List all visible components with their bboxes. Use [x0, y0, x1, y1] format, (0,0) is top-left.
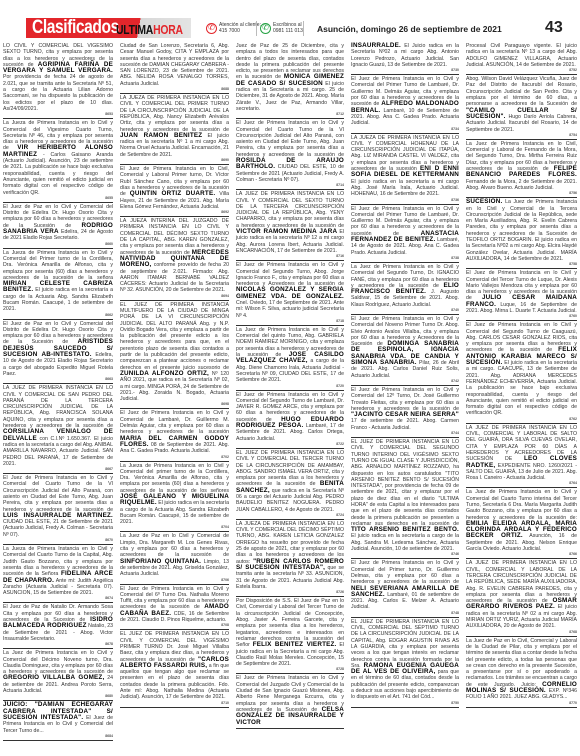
- legal-notice: La Juez de Paz en lo Civil y Comercial d…: [120, 532, 229, 584]
- notice-text: a fin que aquellos que tengan algo que r…: [120, 663, 229, 700]
- notice-text: El juicio radica en la secretaría a carg…: [351, 533, 459, 552]
- notice-text: LA JUEZ DE PRIMERA INSTANCIA EN LO CIVIL…: [3, 385, 113, 429]
- legal-notice: Juez de Paz de 25 de Diciembre, cita y e…: [236, 42, 344, 119]
- whatsapp-icon: ✆: [260, 23, 271, 34]
- notice-code: 8760: [466, 314, 577, 318]
- legal-notice: EL JUEZ DE PRIMERA INSTANCIA EN LO CIVIL…: [351, 618, 459, 708]
- notice-code: 8764: [466, 481, 577, 485]
- legal-notice: LA JUEZA DE PRIMERA INSTANCIA EN LO CIVI…: [351, 134, 459, 205]
- notice-text: La Juez de Primera Instancia en lo Civil…: [3, 650, 113, 675]
- newspaper-logo: ULTIMAHORA: [116, 22, 183, 37]
- legal-notice: La Juez de Primera Instancia en lo Civil…: [3, 649, 113, 701]
- legal-notice: El Juez de Primera Instancia en lo Civil…: [120, 585, 229, 631]
- contact-phone: ✆ Atención al cliente:415 7000: [206, 20, 261, 36]
- notice-code: 8728: [236, 667, 344, 671]
- notice-code: 8690: [120, 158, 229, 162]
- notice-text: La Jueza de Primera Instancia en lo Civi…: [3, 250, 113, 281]
- notice-text: Cnel. Oviedo, 17 de Septiembre de 2021. …: [236, 300, 344, 319]
- legal-notice: El Juez de Primera Instancia en lo Civil…: [351, 75, 459, 133]
- logo-part-hora: HORA: [153, 22, 183, 37]
- notice-text: La Juez de Primera Instancia en lo Civil…: [466, 489, 577, 520]
- contact-value: 415 7000: [219, 28, 240, 34]
- notice-text: - Carlos Gaisano Aranda (Actuario Judici…: [3, 152, 113, 196]
- legal-notice: El Juez de Paz en lo Civil y Comercial d…: [3, 320, 113, 385]
- notice-code: 8738: [351, 256, 459, 260]
- notice-code: 8736: [351, 198, 459, 202]
- notice-code: 8762: [466, 417, 577, 421]
- notice-code: 8692: [120, 210, 229, 214]
- notice-code: 8770: [466, 701, 577, 705]
- legal-notice: El Juez de Primera Instancia en lo Civil…: [466, 269, 577, 321]
- notice-code: 8720: [236, 384, 344, 388]
- column-4: INSAURRALDE. El Juicio radica en la Secr…: [348, 42, 462, 754]
- notice-code: 8702: [120, 455, 229, 459]
- notice-code: 8726: [236, 590, 344, 594]
- notice-code: 8710: [120, 701, 229, 705]
- legal-notice: La Juez de Paz en lo Civil, Comercial y …: [466, 637, 577, 708]
- legal-notice: El Juez de Primera Instancia en lo Civil…: [120, 165, 229, 217]
- notice-code: 8688: [120, 87, 229, 91]
- legal-notice: La Jueza de Primera Instancia en lo Civi…: [3, 545, 113, 603]
- legal-notice: EL JUEZ DE PRIMERA INSTANCIA EN LO CIVIL…: [351, 438, 459, 559]
- notice-text: El Juez de Primera Instancia en lo Civil…: [120, 410, 229, 435]
- deceased-name: NICOLAS GONZALEZ Y SERGIA GIMENEZ VDA. D…: [236, 286, 344, 299]
- notice-text: 17 de setiembre de 2021. Abog. Carmen Fr…: [351, 418, 459, 430]
- notice-text: El juicio radica en la secretaría a mi c…: [466, 360, 577, 416]
- notice-code: 8704: [120, 525, 229, 529]
- notice-code: 8722: [236, 442, 344, 446]
- notice-text: El Juez de Primera Instancia en lo Civil…: [236, 262, 344, 287]
- legal-notice: Por Disposición de S.S. El Juez de Paz e…: [236, 597, 344, 674]
- legal-notice: SUCESION. La Juez de Primera Instancia e…: [466, 198, 577, 269]
- notice-text: El Juez de Primera Instancia en lo Civil…: [3, 475, 113, 512]
- notice-code: 8694: [120, 294, 229, 298]
- legal-notice: La Jueza de Primera Instancia en lo Civi…: [3, 249, 113, 320]
- deceased-name: JUAN RAMON BENITEZ: [120, 132, 202, 139]
- notice-code: 8718: [236, 319, 344, 323]
- contact-value: 0981 111 013: [273, 28, 303, 34]
- deceased-name: FELIX BENITEZ VIERTEZ.: [253, 641, 337, 648]
- notice-code: 8740: [351, 308, 459, 312]
- notice-code: 8680: [3, 694, 113, 698]
- legal-notice: El Juez de Primera Instancia en lo Civil…: [236, 674, 344, 728]
- notice-code: 8744: [351, 431, 459, 435]
- notice-code: 8663: [3, 377, 113, 381]
- deceased-name: QUINTIN ORTIZ DUARTE.: [130, 190, 216, 197]
- notice-code: 8670: [3, 538, 113, 542]
- legal-notice: EL JUEZ DE PRIMERA INSTANCIA EN LO CIVIL…: [120, 630, 229, 707]
- contact-whatsapp: ✆ Escríbinos al0981 111 013: [260, 20, 303, 36]
- legal-notice: La Jueza de Primera Instancia en lo Civi…: [120, 462, 229, 533]
- legal-notice: LA JUEZ DE PRIMERA INSTANCIA EN LO CIVIL…: [466, 424, 577, 489]
- notice-text: La Juez de Primera Instancia en lo Civil…: [466, 199, 577, 262]
- notice-text: LA JUEZ DE PRIMERA INSTANCIA EN LO CIVIL…: [236, 191, 344, 228]
- section-title: Clasificados: [32, 17, 119, 39]
- deceased-name: ZUNILDA ALFONZO ORTIZ,: [120, 370, 209, 377]
- column-5: Procesal Civil Paraguayo vigente. El jui…: [463, 42, 580, 754]
- column-1: LO CIVIL Y COMERCIAL DEL VIGESIMO SEXTO …: [0, 42, 116, 754]
- notice-text: El Juez de Primera Instancia en lo Civil…: [236, 120, 344, 157]
- deceased-name: SUCESION.: [466, 198, 502, 205]
- notice-text: El Juez de Primera Instancia en lo Civil…: [351, 560, 459, 585]
- legal-notice: La Juez de Primera Instancia en lo Civil…: [351, 263, 459, 315]
- notice-text: El Juez de Primera Instancia en lo Civil…: [351, 387, 459, 412]
- notice-code: 8678: [3, 642, 113, 646]
- notice-code: 8716: [236, 254, 344, 258]
- legal-notice: LA JUEZA DE PRIMERA INSTANCIA EN LO CIVI…: [120, 94, 229, 165]
- legal-notice: El Juez de Primera Instancia en lo Civil…: [120, 409, 229, 461]
- notice-text: La Juez de Paz en lo Civil y Comercial d…: [120, 533, 229, 558]
- legal-notice: La Juez de Primera Instancia en lo Civil…: [466, 488, 577, 559]
- legal-notice: El Juez de Paz de Natalio Dr. Armando So…: [3, 603, 113, 649]
- legal-notice: El Juez de Primera Instancia en lo Civil…: [236, 261, 344, 326]
- legal-notice: El Juez de Primera Instancia en lo Civil…: [236, 391, 344, 449]
- notice-code: 8660: [3, 242, 113, 246]
- column-2: Ciudad de San Lorenzo, Secretaría 6, Abg…: [117, 42, 232, 754]
- notice-code: 8734: [351, 127, 459, 131]
- notice-code: 8768: [466, 630, 577, 634]
- column-3: Juez de Paz de 25 de Diciembre, cita y e…: [233, 42, 347, 754]
- legal-notice: INSAURRALDE. El Juicio radica en la Secr…: [351, 42, 459, 75]
- notice-code: 8758: [466, 262, 577, 266]
- notice-text: La Jueza de Primera Instancia en lo Civi…: [120, 463, 229, 494]
- notice-text: EL JUEZ DE PRIMERA INSTANCIA EN LO CIVIL…: [351, 439, 459, 527]
- notice-text: LA JUEZA DE PRIMERA INSTANCIA EN LO CIVI…: [120, 95, 229, 132]
- notice-code: 8730: [351, 68, 459, 72]
- notice-text: Por providencia de fecha 24 de agosto de…: [3, 74, 113, 111]
- notice-code: 8756: [466, 191, 577, 195]
- notice-code: 8708: [120, 623, 229, 627]
- notice-text: El juicio radica en la secretaría a mi c…: [351, 179, 459, 198]
- notice-code: 8724: [236, 513, 344, 517]
- legal-notice: El Juez de Primera Instancia en lo Civil…: [236, 119, 344, 190]
- notice-text: Abog. Wilson David Velázquez Vicuña, Jue…: [466, 76, 577, 107]
- notice-text: Procesal Civil Paraguayo vigente. El jui…: [466, 43, 577, 68]
- legal-notice: LO CIVIL Y COMERCIAL DEL VIGESIMO SEXTO …: [3, 42, 113, 119]
- deceased-name: INSAURRALDE.: [351, 42, 401, 49]
- notice-code: 8667: [3, 467, 113, 471]
- notice-code: 8655: [3, 196, 113, 200]
- legal-notice: La Juez de Primera Instancia en lo Civil…: [236, 326, 344, 391]
- legal-notice: LA JUEZ DE PRIMERA INSTANCIA EN LO CIVIL…: [3, 384, 113, 474]
- notice-code: 8748: [351, 611, 459, 615]
- legal-notice: JUICIO: "DAMIAN ECHEGARAY CABRERA INTEST…: [3, 701, 113, 740]
- legal-notice: El Juez de Primera Instancia en lo Civil…: [351, 205, 459, 263]
- legal-notice: LA JUEZA INTERINA DEL JUZGADO DE PRIMERA…: [120, 217, 229, 301]
- deceased-name: VICTOR RAMON MEDINA JARA: [236, 228, 337, 235]
- legal-notice: LA JUEZ DE PRIMERA INSTANCIA EN LO CIVIL…: [236, 190, 344, 261]
- legal-notice: El Juez de Paz en lo Civil y Comercial d…: [3, 203, 113, 249]
- phone-icon: ✆: [206, 23, 217, 34]
- legal-notice: La Jueza de Primera Instancia en lo Civi…: [3, 119, 113, 203]
- page-header: Clasificados ULTIMAHORA ✆ Atención al cl…: [0, 0, 580, 40]
- notice-code: 8706: [120, 578, 229, 582]
- legal-notice: El Juez de Primera Instancia en lo Civil…: [351, 559, 459, 617]
- notice-code: 8712: [236, 112, 344, 116]
- deceased-name: LUIS INSAURRALDE MARTINEZ.: [3, 512, 113, 519]
- notice-code: 8746: [351, 552, 459, 556]
- notice-text: Fernando de la Mora, 2 de Setiembre de 2…: [466, 179, 577, 191]
- notice-code: 8653: [3, 112, 113, 116]
- logo-part-ultima: ULTIMA: [116, 22, 153, 37]
- legal-notice: LA JUEZ DE PRIMERA INSTANCIA EN LO CIVIL…: [466, 559, 577, 636]
- notice-code: 8752: [466, 68, 577, 72]
- divider: [256, 21, 257, 36]
- legal-notice: EL JUEZ DE PRIMERA INSTANCIA EN LO CIVIL…: [236, 449, 344, 520]
- deceased-name: SINFORIANO QUINTANA.: [120, 558, 201, 565]
- legal-notice: Procesal Civil Paraguayo vigente. El jui…: [466, 42, 577, 75]
- legal-notice: El Juez de Primera Instancia en lo Civil…: [466, 321, 577, 423]
- notice-code: 8698: [120, 402, 229, 406]
- deceased-name: GREGORIO VILLALBA GOMEZ,: [3, 674, 104, 681]
- legal-notice: LA JUEZA DE PRIMERA INSTANCIA EN LO CIVI…: [236, 520, 344, 597]
- notice-code: 8684: [3, 734, 113, 738]
- page-number: 43: [545, 19, 563, 37]
- notice-text: Ciudad de San Lorenzo, Secretaría 6, Abg…: [120, 43, 229, 87]
- legal-notice: Ciudad de San Lorenzo, Secretaría 6, Abg…: [120, 42, 229, 94]
- classifieds-columns: LO CIVIL Y COMERCIAL DEL VIGESIMO SEXTO …: [0, 42, 580, 756]
- notice-code: 8674: [3, 596, 113, 600]
- notice-text: CIUDAD DEL ESTE, 21 de Setiembre de 2021…: [3, 519, 113, 538]
- notice-code: 8714: [236, 183, 344, 187]
- legal-notice: El Juez de Primera Instancia en lo Civil…: [3, 474, 113, 545]
- legal-notice: El Juez de Primera Instancia en lo Civil…: [351, 386, 459, 438]
- notice-text: EL JUEZ DE PRIMERA INSTANCIA MULTIFUERO …: [120, 302, 229, 371]
- notice-code: 8662: [3, 313, 113, 317]
- issue-date: Asunción, domingo 26 de septiembre de 20…: [317, 24, 502, 34]
- notice-code: 8754: [466, 133, 577, 137]
- deceased-name: TITO ARSENIO BENITEZ BENTO.: [351, 526, 459, 533]
- notice-code: 8742: [351, 379, 459, 383]
- legal-notice: Abog. Wilson David Velázquez Vicuña, Jue…: [466, 75, 577, 140]
- legal-notice: EL JUEZ DE PRIMERA INSTANCIA MULTIFUERO …: [120, 301, 229, 410]
- legal-notice: La Juez de Primera Instancia en lo Civil…: [466, 140, 577, 198]
- deceased-name: "JACINTO CESAR NEIRA SERRA": [351, 411, 459, 418]
- notice-code: 8766: [466, 552, 577, 556]
- legal-notice: El Juez de Primera Instancia en lo Civil…: [351, 315, 459, 386]
- divider: [303, 21, 304, 36]
- notice-code: 8750: [351, 701, 459, 705]
